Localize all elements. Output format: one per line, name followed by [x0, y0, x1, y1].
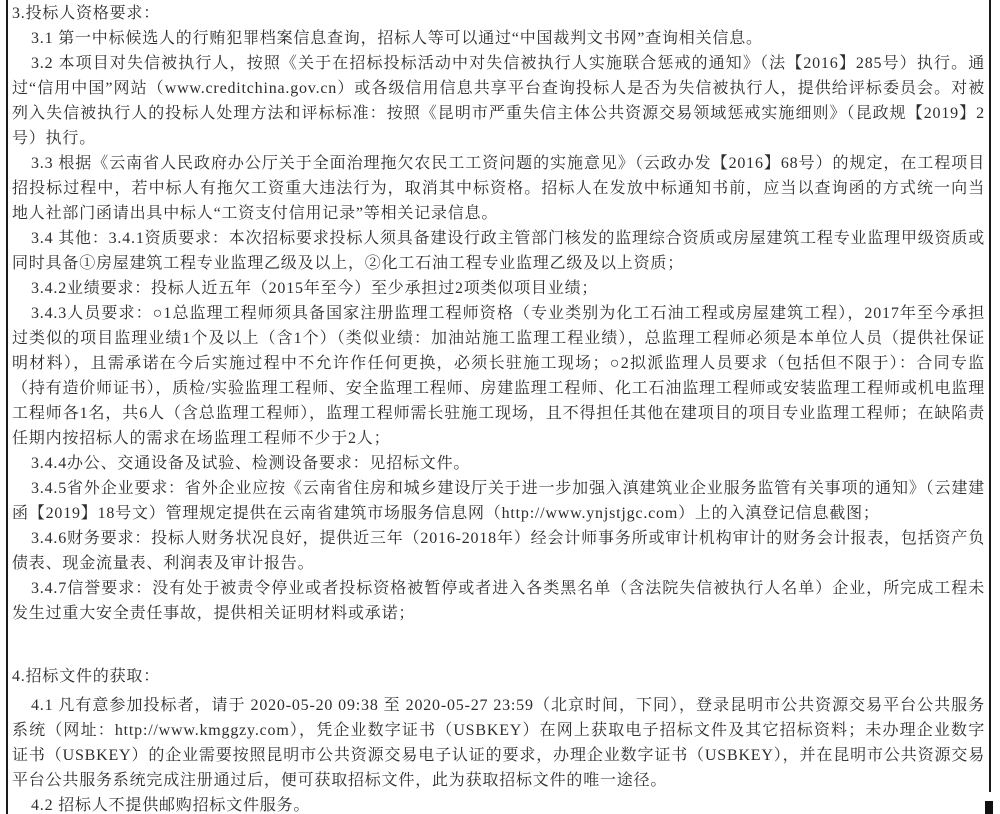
section-4-heading: 4.招标文件的获取： — [12, 664, 985, 689]
clause-3-3: 3.3 根据《云南省人民政府办公厅关于全面治理拖欠农民工工资问题的实施意见》（云… — [12, 151, 985, 226]
clause-3-2: 3.2 本项目对失信被执行人，按照《关于在招标投标活动中对失信被执行人实施联合惩… — [12, 51, 985, 151]
table-border-left — [6, 0, 8, 814]
clause-3-4-3: 3.4.3人员要求：○1总监理工程师须具备国家注册监理工程师资格（专业类别为化工… — [12, 301, 985, 451]
table-corner-bar — [985, 801, 993, 814]
tender-notice-page: 3.投标人资格要求： 3.1 第一中标候选人的行贿犯罪档案信息查询，招标人等可以… — [0, 0, 1000, 814]
document-content: 3.投标人资格要求： 3.1 第一中标候选人的行贿犯罪档案信息查询，招标人等可以… — [12, 1, 985, 814]
clause-4-2: 4.2 招标人不提供邮购招标文件服务。 — [12, 793, 985, 814]
clause-3-4-4: 3.4.4办公、交通设备及试验、检测设备要求：见招标文件。 — [12, 451, 985, 476]
clause-3-4-6: 3.4.6财务要求：投标人财务状况良好，提供近三年（2016-2018年）经会计… — [12, 526, 985, 576]
table-border-right — [989, 0, 991, 792]
section-document-acquisition: 4.招标文件的获取： 4.1 凡有意参加投标者，请于 2020-05-20 09… — [12, 664, 985, 814]
clause-3-4-5: 3.4.5省外企业要求：省外企业应按《云南省住房和城乡建设厅关于进一步加强入滇建… — [12, 476, 985, 526]
clause-3-4: 3.4 其他：3.4.1资质要求：本次招标要求投标人须具备建设行政主管部门核发的… — [12, 226, 985, 276]
section-bidder-qualifications: 3.投标人资格要求： 3.1 第一中标候选人的行贿犯罪档案信息查询，招标人等可以… — [12, 1, 985, 626]
clause-3-4-2: 3.4.2业绩要求：投标人近五年（2015年至今）至少承担过2项类似项目业绩； — [12, 276, 985, 301]
clause-3-4-7: 3.4.7信誉要求：没有处于被责令停业或者投标资格被暂停或者进入各类黑名单（含法… — [12, 576, 985, 626]
clause-3-1: 3.1 第一中标候选人的行贿犯罪档案信息查询，招标人等可以通过“中国裁判文书网”… — [12, 26, 985, 51]
clause-4-1: 4.1 凡有意参加投标者，请于 2020-05-20 09:38 至 2020-… — [12, 693, 985, 793]
section-3-heading: 3.投标人资格要求： — [12, 1, 985, 26]
